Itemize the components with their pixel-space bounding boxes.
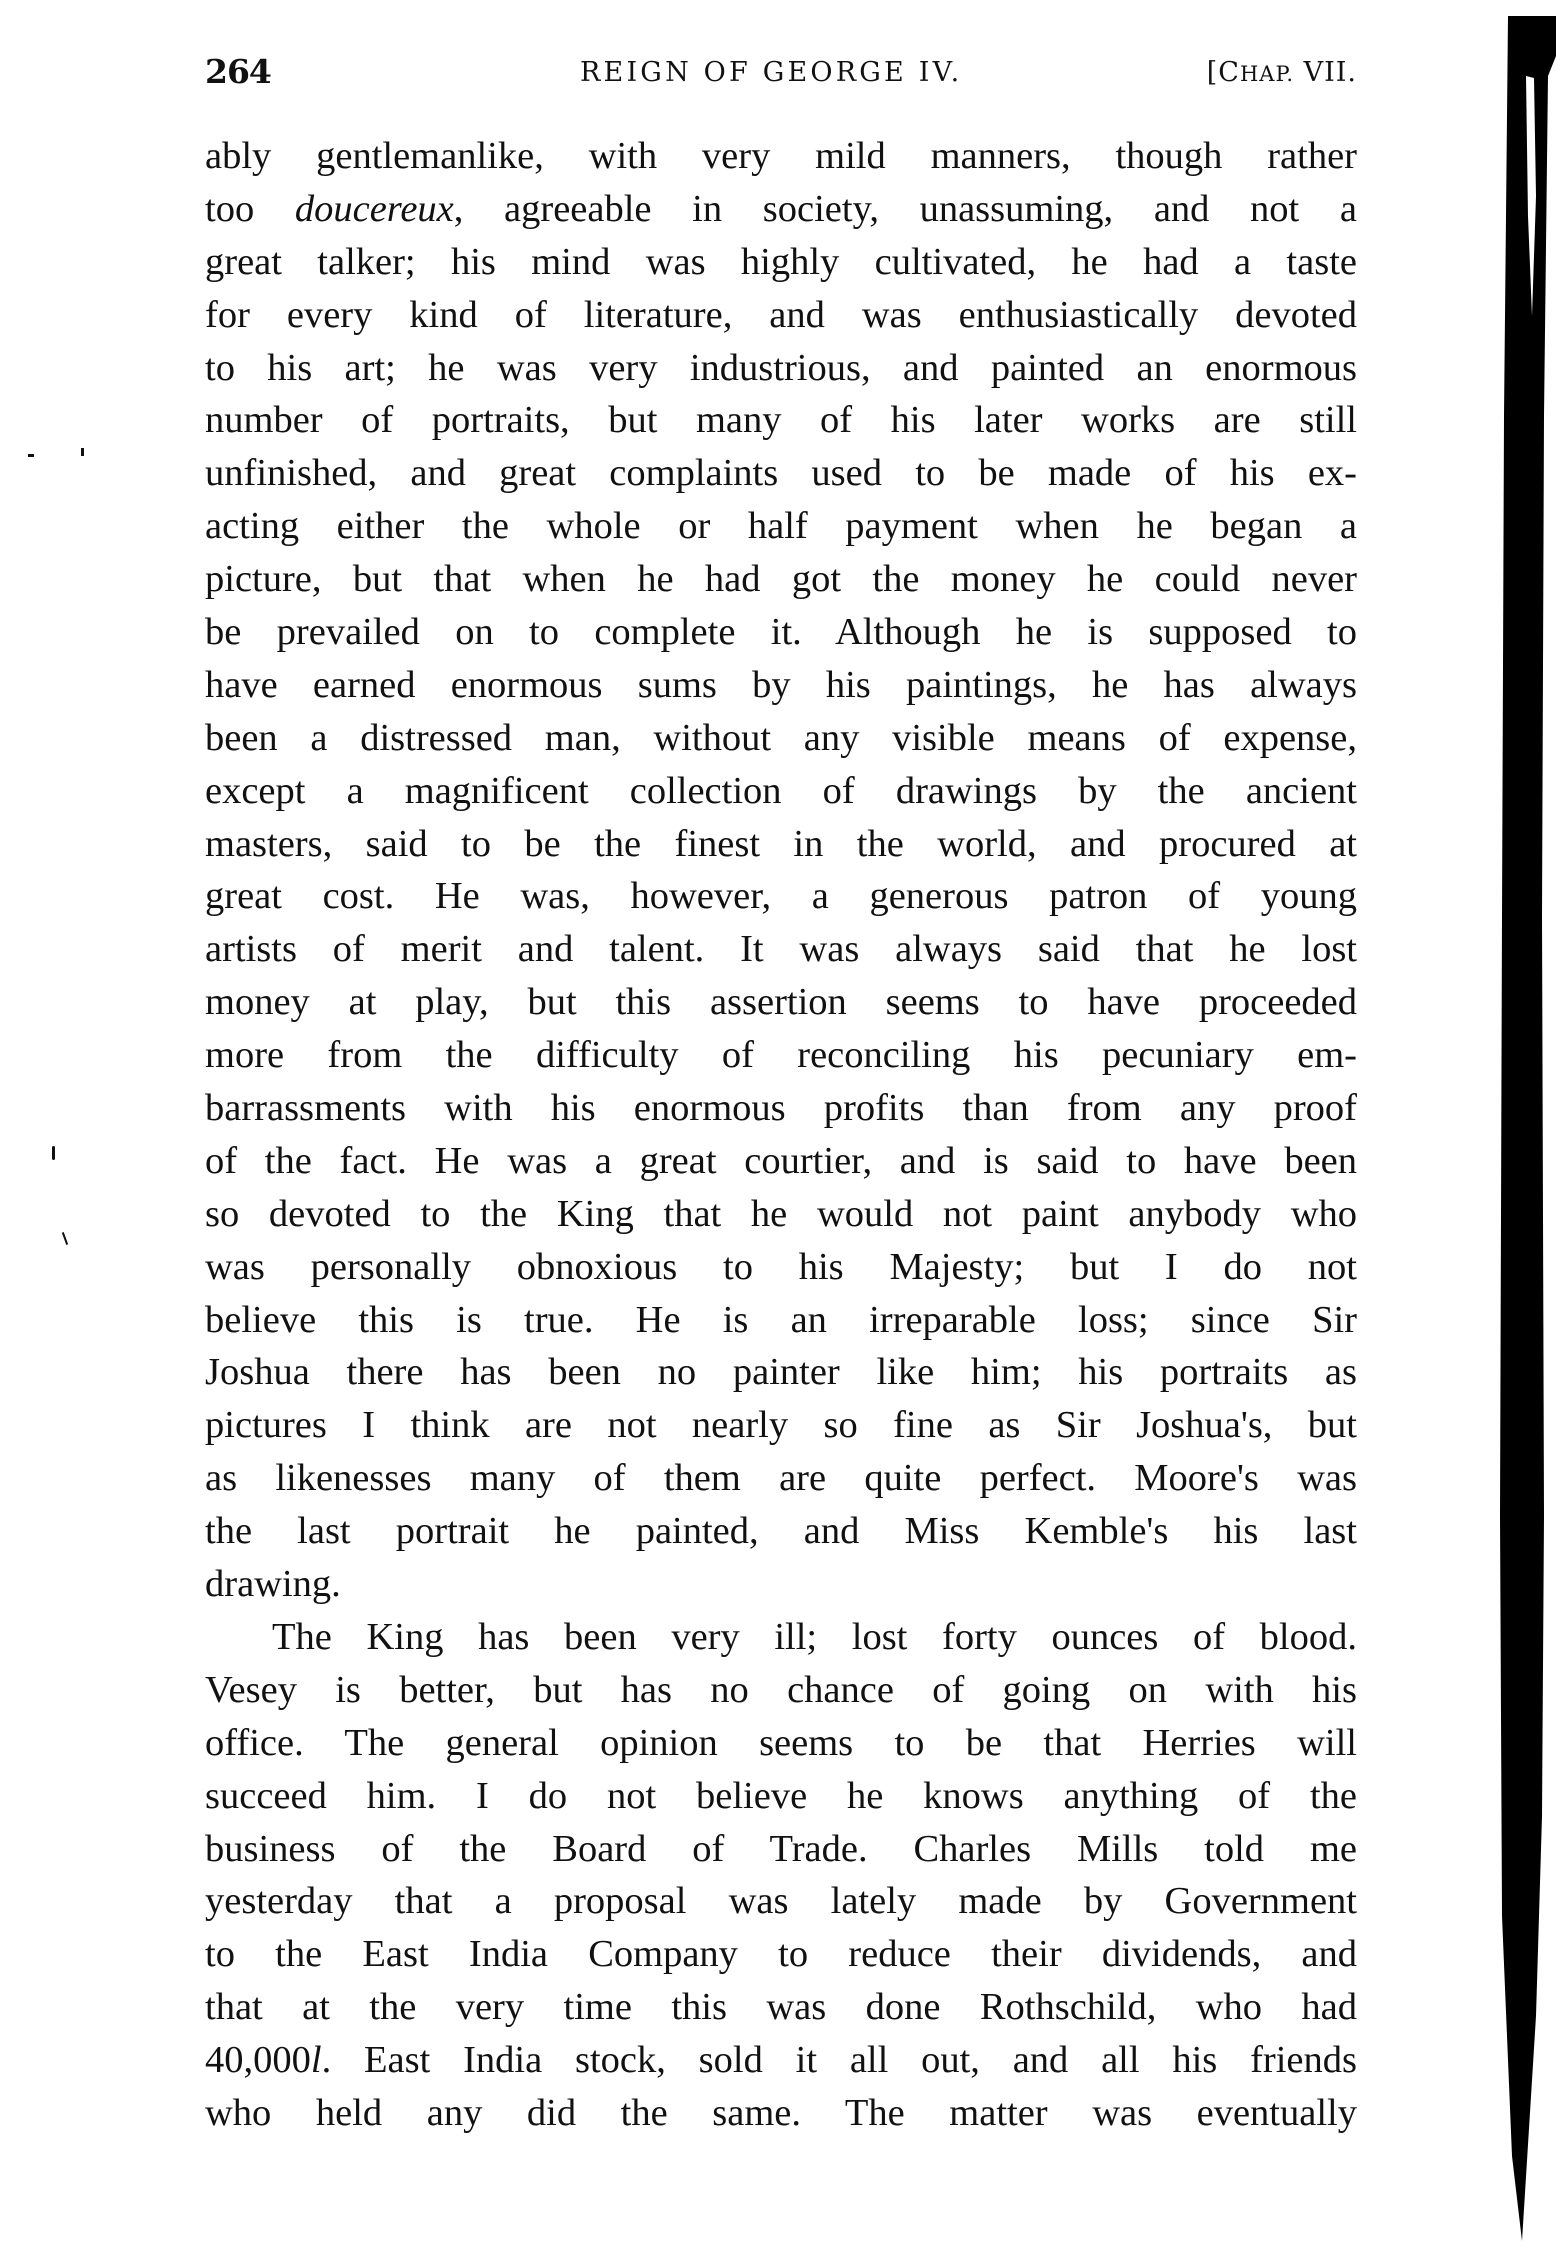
text-line: who held any did the same. The matter wa… — [205, 2087, 1357, 2140]
text-line: was personally obnoxious to his Majesty;… — [205, 1241, 1357, 1294]
text-line: Vesey is better, but has no chance of go… — [205, 1664, 1357, 1717]
text-run: . East India stock, sold it all out, and… — [322, 2039, 1357, 2081]
margin-speck — [28, 454, 34, 457]
text-line: barrassments with his enormous profits t… — [205, 1082, 1357, 1135]
binding-shadow — [1498, 16, 1556, 2246]
text-line: as likenesses many of them are quite per… — [205, 1452, 1357, 1505]
chapter-initial: C — [1218, 57, 1240, 88]
chapter-number: VII. — [1294, 57, 1357, 88]
text-run: 40,000 — [205, 2039, 311, 2081]
text-run: too — [205, 188, 295, 230]
text-line: business of the Board of Trade. Charles … — [205, 1823, 1357, 1876]
margin-speck — [52, 1146, 55, 1160]
text-line: yesterday that a proposal was lately mad… — [205, 1875, 1357, 1928]
text-line: ably gentlemanlike, with very mild manne… — [205, 130, 1357, 183]
text-line: be prevailed on to complete it. Although… — [205, 606, 1357, 659]
text-line: too doucereux, agreeable in society, una… — [205, 183, 1357, 236]
margin-speck — [81, 448, 84, 456]
text-line: so devoted to the King that he would not… — [205, 1188, 1357, 1241]
text-line: the last portrait he painted, and Miss K… — [205, 1505, 1357, 1558]
book-page: 264 REIGN OF GEORGE IV. [CHAP. VII. ably… — [0, 0, 1556, 2261]
pound-sign-italic: l — [311, 2039, 322, 2081]
text-line: great cost. He was, however, a generous … — [205, 870, 1357, 923]
running-head: 264 REIGN OF GEORGE IV. [CHAP. VII. — [205, 50, 1357, 90]
running-title: REIGN OF GEORGE IV. — [580, 56, 962, 90]
text-line: number of portraits, but many of his lat… — [205, 394, 1357, 447]
text-line: believe this is true. He is an irreparab… — [205, 1294, 1357, 1347]
italic-word: doucereux — [295, 188, 454, 230]
text-line: masters, said to be the finest in the wo… — [205, 818, 1357, 871]
text-line: picture, but that when he had got the mo… — [205, 553, 1357, 606]
text-line: pictures I think are not nearly so fine … — [205, 1399, 1357, 1452]
text-run: , agreeable in society, unassuming, and … — [454, 188, 1357, 230]
text-line: been a distressed man, without any visib… — [205, 712, 1357, 765]
margin-speck — [62, 1232, 68, 1245]
text-line: Joshua there has been no painter like hi… — [205, 1346, 1357, 1399]
text-line: artists of merit and talent. It was alwa… — [205, 923, 1357, 976]
text-line: unfinished, and great complaints used to… — [205, 447, 1357, 500]
text-line: except a magnificent collection of drawi… — [205, 765, 1357, 818]
text-line: have earned enormous sums by his paintin… — [205, 659, 1357, 712]
paragraph-start-line: The King has been very ill; lost forty o… — [205, 1611, 1357, 1664]
text-line: more from the difficulty of reconciling … — [205, 1029, 1357, 1082]
text-line: great talker; his mind was highly cultiv… — [205, 236, 1357, 289]
chapter-smallcaps: HAP. — [1240, 62, 1294, 86]
body-text: ably gentlemanlike, with very mild manne… — [205, 130, 1357, 2140]
page-number: 264 — [205, 54, 271, 90]
text-line: acting either the whole or half payment … — [205, 500, 1357, 553]
text-line: office. The general opinion seems to be … — [205, 1717, 1357, 1770]
text-line: of the fact. He was a great courtier, an… — [205, 1135, 1357, 1188]
text-line: to the East India Company to reduce thei… — [205, 1928, 1357, 1981]
text-line: to his art; he was very industrious, and… — [205, 342, 1357, 395]
chapter-label: [CHAP. VII. — [1207, 56, 1357, 91]
chapter-bracket: [ — [1207, 57, 1219, 88]
text-line: for every kind of literature, and was en… — [205, 289, 1357, 342]
text-line: money at play, but this assertion seems … — [205, 976, 1357, 1029]
text-line: 40,000l. East India stock, sold it all o… — [205, 2034, 1357, 2087]
paragraph-end-line: drawing. — [205, 1558, 1357, 1611]
text-line: that at the very time this was done Roth… — [205, 1981, 1357, 2034]
text-line: succeed him. I do not believe he knows a… — [205, 1770, 1357, 1823]
